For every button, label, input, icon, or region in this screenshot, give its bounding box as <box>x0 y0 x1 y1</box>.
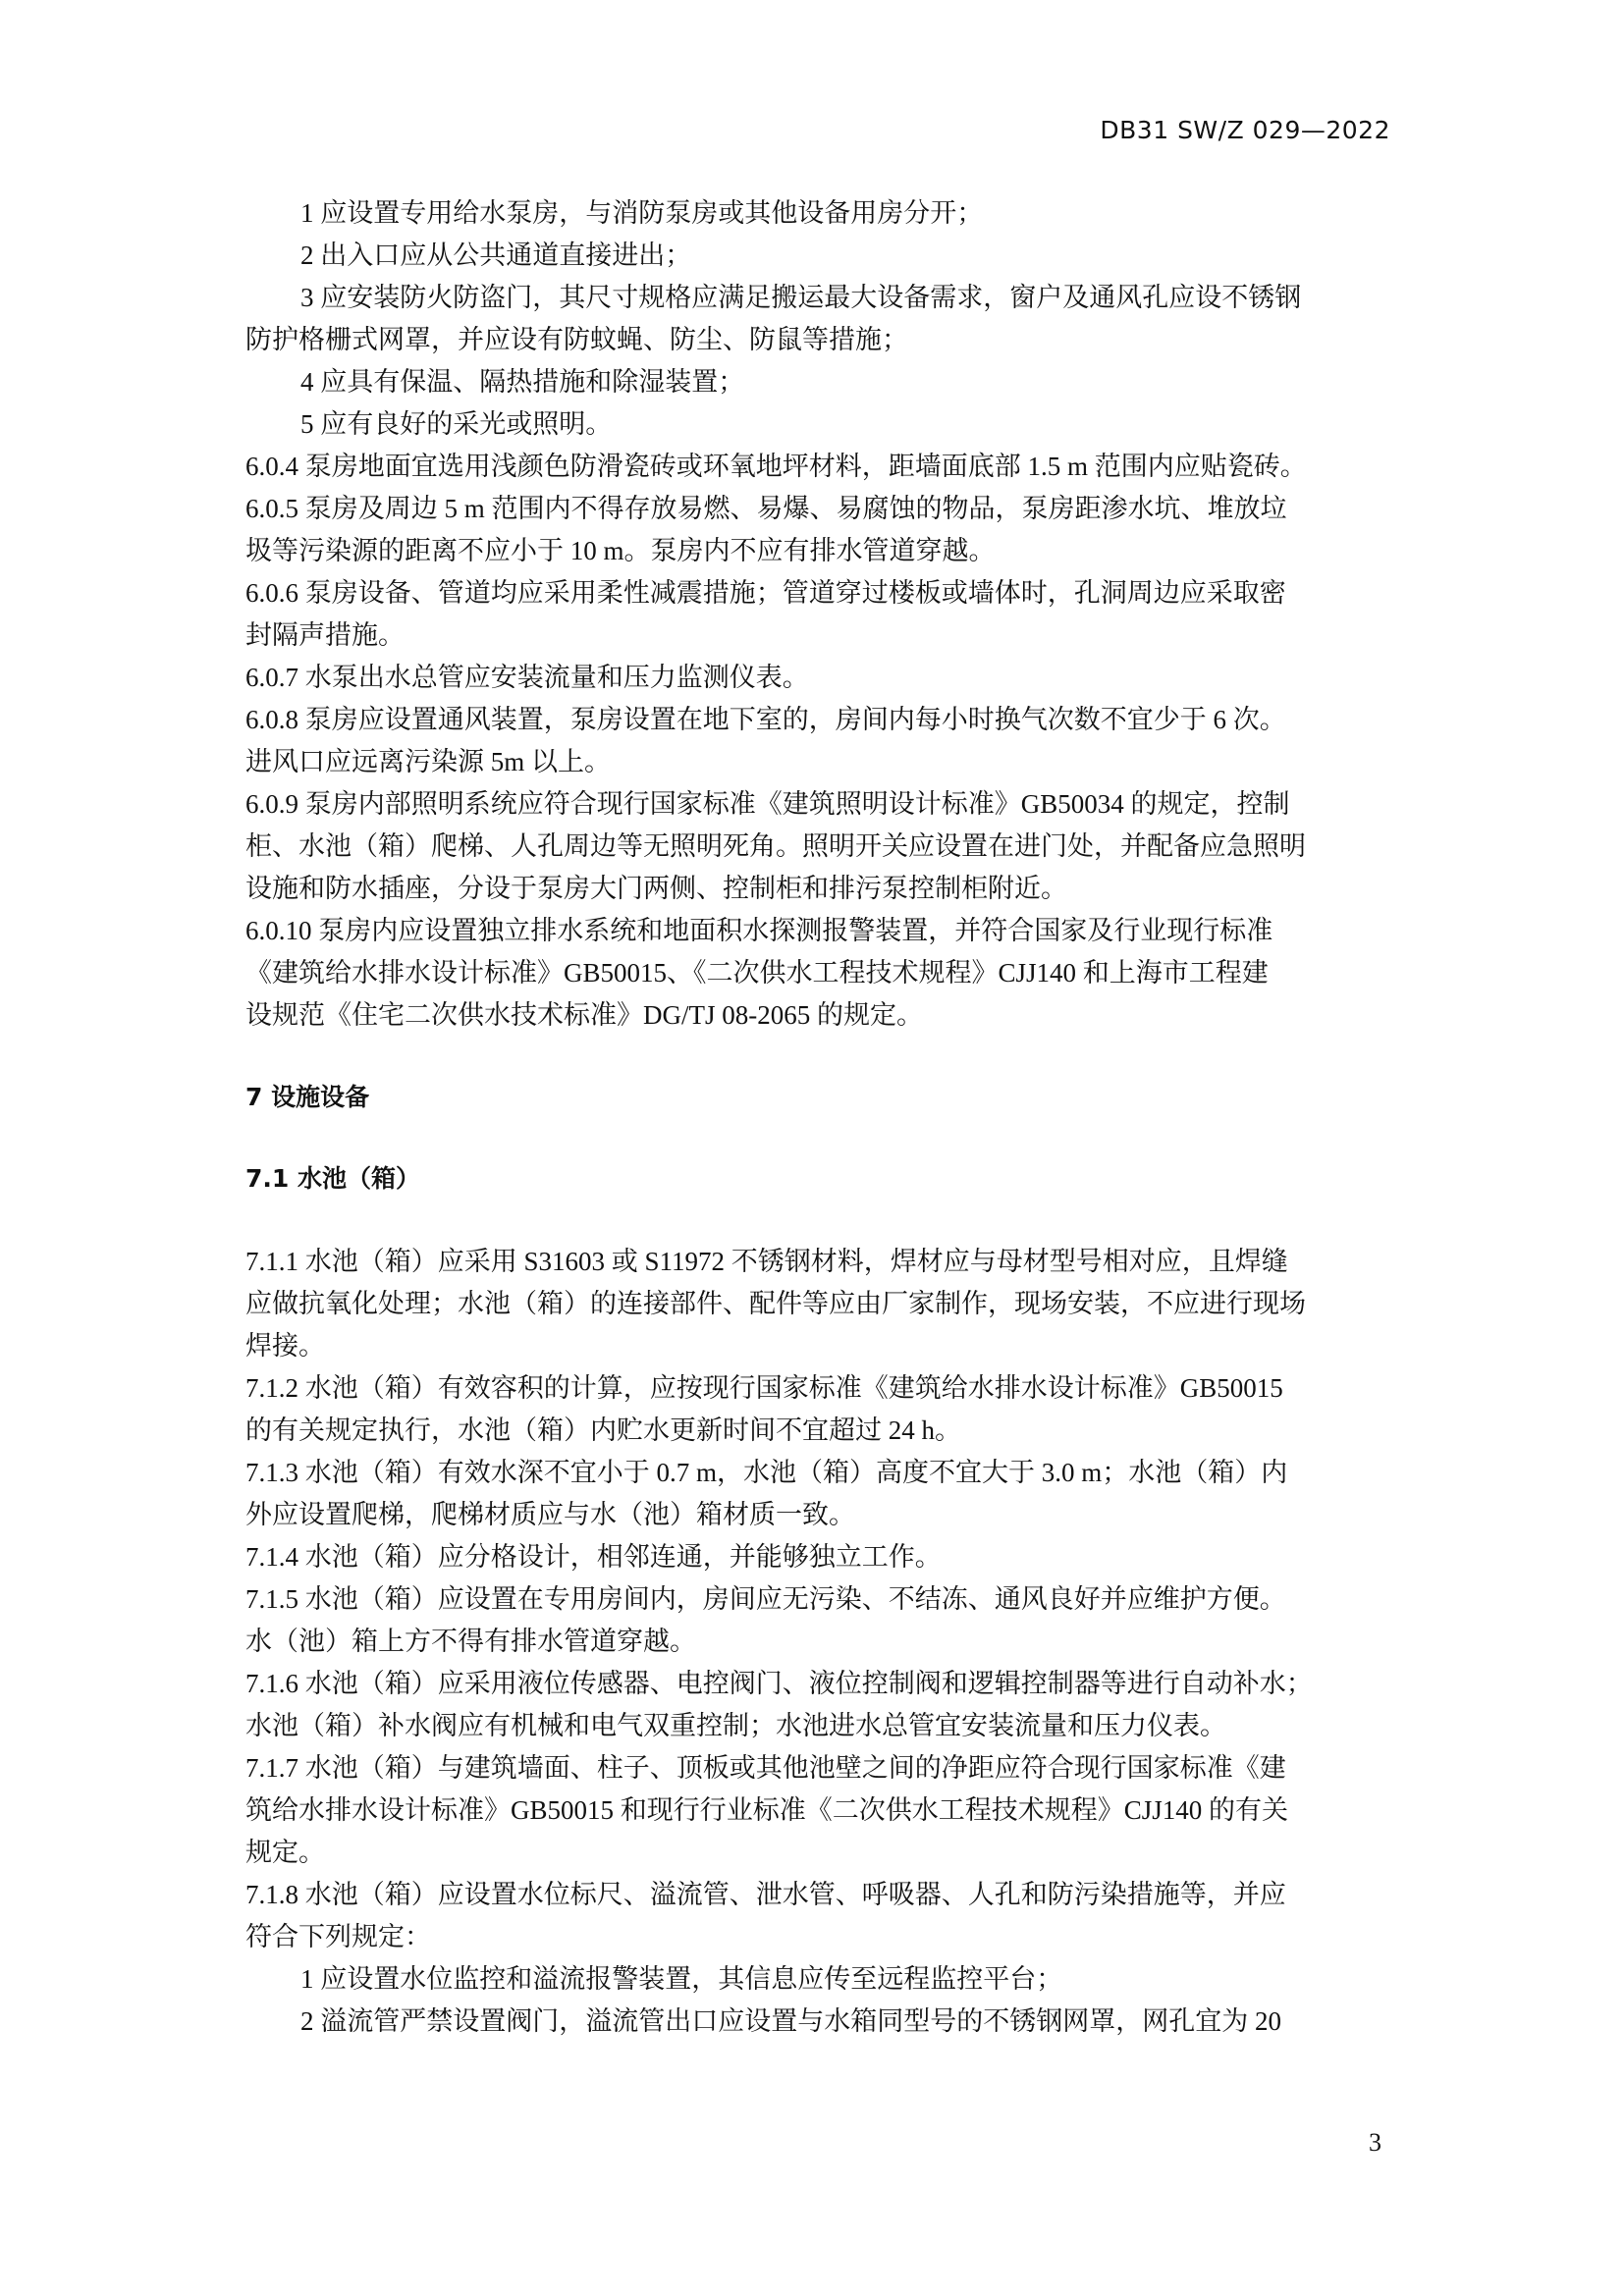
list-item: 2 溢流管严禁设置阀门，溢流管出口应设置与水箱同型号的不锈钢网罩，网孔宜为 20 <box>245 2001 1384 2043</box>
section-7-1-clauses: 7.1.1 水池（箱）应采用 S31603 或 S11972 不锈钢材料，焊材应… <box>245 1241 1384 1958</box>
document-body: 1 应设置专用给水泵房，与消防泵房或其他设备用房分开； 2 出入口应从公共通道直… <box>245 192 1384 2043</box>
clause-7-1-4: 7.1.4 水池（箱）应分格设计，相邻连通，并能够独立工作。 <box>245 1536 1384 1578</box>
clause-6-0-9-cont: 柜、水池（箱）爬梯、人孔周边等无照明死角。照明开关应设置在进门处，并配备应急照明 <box>245 826 1384 868</box>
clause-7-1-6: 7.1.6 水池（箱）应采用液位传感器、电控阀门、液位控制阀和逻辑控制器等进行自… <box>245 1663 1384 1705</box>
list-item: 5 应有良好的采光或照明。 <box>245 403 1384 446</box>
clause-7-1-2-cont: 的有关规定执行，水池（箱）内贮水更新时间不宜超过 24 h。 <box>245 1410 1384 1452</box>
clause-7-1-1: 7.1.1 水池（箱）应采用 S31603 或 S11972 不锈钢材料，焊材应… <box>245 1241 1384 1283</box>
clause-6-0-10-cont: 《建筑给水排水设计标准》GB50015、《二次供水工程技术规程》CJJ140 和… <box>245 952 1384 994</box>
list-item: 4 应具有保温、隔热措施和除湿装置； <box>245 361 1384 403</box>
clause-6-0-10: 6.0.10 泵房内应设置独立排水系统和地面积水探测报警装置，并符合国家及行业现… <box>245 910 1384 952</box>
chapter-7-heading: 7 设施设备 <box>245 1076 1384 1118</box>
clause-6-0-6: 6.0.6 泵房设备、管道均应采用柔性减震措施；管道穿过楼板或墙体时，孔洞周边应… <box>245 572 1384 614</box>
clause-7-1-5-cont: 水（池）箱上方不得有排水管道穿越。 <box>245 1621 1384 1663</box>
clause-7-1-5: 7.1.5 水池（箱）应设置在专用房间内，房间应无污染、不结冻、通风良好并应维护… <box>245 1578 1384 1621</box>
clause-7-1-8-cont: 符合下列规定： <box>245 1916 1384 1958</box>
clause-6-0-4: 6.0.4 泵房地面宜选用浅颜色防滑瓷砖或环氧地坪材料，距墙面底部 1.5 m … <box>245 446 1384 488</box>
list-item: 1 应设置水位监控和溢流报警装置，其信息应传至远程监控平台； <box>245 1958 1384 2001</box>
clause-6-0-8: 6.0.8 泵房应设置通风装置，泵房设置在地下室的，房间内每小时换气次数不宜少于… <box>245 699 1384 741</box>
page-number: 3 <box>1369 2128 1381 2158</box>
clause-7-1-6-cont: 水池（箱）补水阀应有机械和电气双重控制；水池进水总管宜安装流量和压力仪表。 <box>245 1705 1384 1747</box>
pump-room-requirements-list: 1 应设置专用给水泵房，与消防泵房或其他设备用房分开； 2 出入口应从公共通道直… <box>245 192 1384 446</box>
list-item: 1 应设置专用给水泵房，与消防泵房或其他设备用房分开； <box>245 192 1384 235</box>
clause-7-1-1-cont: 焊接。 <box>245 1325 1384 1367</box>
clause-6-0-8-cont: 进风口应远离污染源 5m 以上。 <box>245 741 1384 783</box>
clause-7-1-7-cont: 规定。 <box>245 1832 1384 1874</box>
list-item: 3 应安装防火防盗门，其尺寸规格应满足搬运最大设备需求，窗户及通风孔应设不锈钢 <box>245 277 1384 319</box>
list-item: 2 出入口应从公共通道直接进出； <box>245 235 1384 277</box>
clause-7-1-8: 7.1.8 水池（箱）应设置水位标尺、溢流管、泄水管、呼吸器、人孔和防污染措施等… <box>245 1874 1384 1916</box>
clause-7-1-8-list: 1 应设置水位监控和溢流报警装置，其信息应传至远程监控平台； 2 溢流管严禁设置… <box>245 1958 1384 2043</box>
section-6-clauses: 6.0.4 泵房地面宜选用浅颜色防滑瓷砖或环氧地坪材料，距墙面底部 1.5 m … <box>245 446 1384 1037</box>
clause-6-0-5: 6.0.5 泵房及周边 5 m 范围内不得存放易燃、易爆、易腐蚀的物品，泵房距渗… <box>245 488 1384 530</box>
document-code-header: DB31 SW/Z 029—2022 <box>1100 116 1390 144</box>
clause-7-1-1-cont: 应做抗氧化处理；水池（箱）的连接部件、配件等应由厂家制作，现场安装，不应进行现场 <box>245 1283 1384 1325</box>
clause-7-1-7: 7.1.7 水池（箱）与建筑墙面、柱子、顶板或其他池壁之间的净距应符合现行国家标… <box>245 1747 1384 1789</box>
clause-7-1-2: 7.1.2 水池（箱）有效容积的计算，应按现行国家标准《建筑给水排水设计标准》G… <box>245 1367 1384 1410</box>
clause-6-0-10-cont: 设规范《住宅二次供水技术标准》DG/TJ 08-2065 的规定。 <box>245 994 1384 1037</box>
list-item-continuation: 防护格栅式网罩，并应设有防蚊蝇、防尘、防鼠等措施； <box>245 319 1384 361</box>
clause-6-0-5-cont: 圾等污染源的距离不应小于 10 m。泵房内不应有排水管道穿越。 <box>245 530 1384 572</box>
section-7-1-heading: 7.1 水池（箱） <box>245 1157 1384 1200</box>
clause-7-1-3: 7.1.3 水池（箱）有效水深不宜小于 0.7 m，水池（箱）高度不宜大于 3.… <box>245 1452 1384 1494</box>
clause-6-0-9: 6.0.9 泵房内部照明系统应符合现行国家标准《建筑照明设计标准》GB50034… <box>245 783 1384 826</box>
clause-7-1-3-cont: 外应设置爬梯，爬梯材质应与水（池）箱材质一致。 <box>245 1494 1384 1536</box>
clause-6-0-6-cont: 封隔声措施。 <box>245 614 1384 657</box>
clause-7-1-7-cont: 筑给水排水设计标准》GB50015 和现行行业标准《二次供水工程技术规程》CJJ… <box>245 1789 1384 1832</box>
clause-6-0-9-cont: 设施和防水插座，分设于泵房大门两侧、控制柜和排污泵控制柜附近。 <box>245 868 1384 910</box>
clause-6-0-7: 6.0.7 水泵出水总管应安装流量和压力监测仪表。 <box>245 657 1384 699</box>
